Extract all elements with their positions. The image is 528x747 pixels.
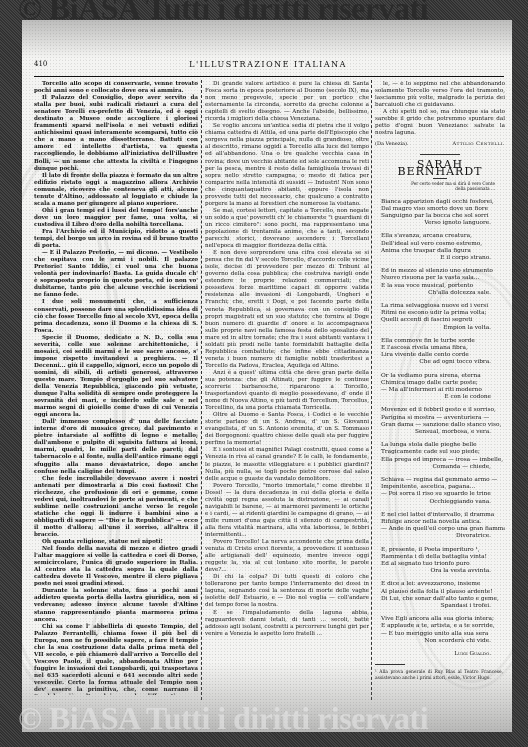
paragraph: Se voglio ancora un'antica sedia di piet…	[205, 123, 369, 208]
footnote-rule	[375, 664, 405, 665]
poem-line: Movenze ed il febbril gesto e il sorriso…	[375, 407, 505, 414]
poem-stanza: Ella commove fin le turbe sordeE l'ascos…	[375, 338, 505, 367]
paragraph: Che fede incrollabile dovevano avere i n…	[34, 476, 198, 539]
poem-title: SARAH BERNHARDT	[375, 161, 505, 175]
article-conclusion: le, — è lo seppimo nel che abbandonando …	[375, 81, 505, 137]
publication-title: L'ILLUSTRAZIONE ITALIANA	[34, 60, 502, 69]
paragraph: I due soli monumenti che, a sufficienza …	[34, 299, 198, 334]
poem-line: — Ande in quell'eil corpo una gran fiamm…	[375, 526, 505, 533]
poem-line: La lunga stola dalle pieghe belle	[375, 442, 505, 449]
paragraph: E se l'impaludamento della laguna abbia,…	[205, 610, 369, 638]
section-rule	[420, 154, 460, 155]
poem-line: Dal magro viso smorto dove un fiore	[375, 206, 505, 213]
poem-line: Ora la vesta avvinta.	[375, 568, 505, 575]
paragraph: Oh quanta religione, statue nei nipoti!	[34, 539, 198, 546]
poem-line: Ella s'avanza, arcana creatura,	[375, 233, 505, 240]
footnote: ¹ Alla prova generale di Ruy Blas al Tea…	[375, 667, 503, 681]
article-signature: (Da Venezia). Attilio Centelli.	[375, 141, 505, 148]
paragraph: Fra l'Archivio ed il Municipio, ridotto …	[34, 229, 198, 250]
column-1: Torcello allo scopo di conservarle, venn…	[34, 81, 198, 695]
poem-line: E con le codone	[375, 394, 505, 401]
poem-stanza: La lunga stola dalle pieghe belleTragica…	[375, 442, 505, 471]
poem-stanza: Ella s'avanza, arcana creatura,Dell'idea…	[375, 233, 505, 262]
paragraph: Di grande valore artistico è pure la chi…	[205, 81, 369, 123]
poem-line: — Ma all'infermeri ai riti moderno	[375, 387, 505, 394]
poem-line: Tragicamente cade sul suo piede;	[375, 449, 505, 456]
poem-line: Ella commove fin le turbe sorde	[375, 338, 505, 345]
poem-stanza: E nel ciel lattei d'intervallo, il dramm…	[375, 512, 505, 541]
paragraph: A chi spetti nol so, ma chiunque sia sta…	[375, 109, 505, 137]
poem-line: La rima selvaggiosa nuove ed i versi	[375, 303, 505, 310]
poem-body: Bianca apparizion dagli occhi fosforei,D…	[375, 199, 505, 646]
poem-line: Sensual, morbosa, e vera.	[375, 429, 505, 436]
paragraph: Torcello allo scopo di conservarle, venn…	[34, 81, 198, 95]
poem-author: Luigi Gualdo.	[375, 651, 491, 658]
article-author: Attilio Centelli.	[452, 141, 505, 148]
paragraph: E non deve sorprendere una cifra così el…	[205, 250, 369, 370]
column-divider	[201, 80, 202, 700]
column-divider	[371, 80, 372, 700]
scanned-page: 410 L'ILLUSTRAZIONE ITALIANA Torcello al…	[22, 20, 512, 732]
paragraph: le, — è lo seppimo nel che abbandonando …	[375, 81, 505, 109]
poem-stanza: La rima selvaggiosa nuove ed i versiRitm…	[375, 303, 505, 332]
poem-line: E dice a lei: avvezzarono, insieme	[375, 581, 505, 588]
poem-line: Quelli accenti di fascini segreti	[375, 317, 505, 324]
paragraph: Povero Torcello, "morto immortale," come…	[205, 483, 369, 539]
poem-line: Rammenta i dì della battaglia vinta!	[375, 554, 505, 561]
article-source: (Da Venezia).	[375, 141, 409, 148]
poem-line: Che ad ogni tocco vibra.	[375, 359, 505, 366]
paragraph: Specie il Duomo, dedicato a N. D., colla…	[34, 335, 198, 420]
paragraph: Anzi è a quest' ultima città che deve gr…	[205, 370, 369, 412]
paragraph: Durante la solenne stato, fino a pochi a…	[34, 588, 198, 623]
paragraph: Chi sa come l' abbellirla di questo Temp…	[34, 624, 198, 695]
page-header: 410 L'ILLUSTRAZIONE ITALIANA	[34, 60, 502, 74]
poem-line: Chimica imago dalle carte poste;	[375, 380, 505, 387]
poem-line: Ella prega ed impreca — irosa — imbelle,	[375, 457, 505, 464]
paragraph: Dall' immenso complesso d' una delle fac…	[34, 419, 198, 475]
poem-line: Gran dama — sanzione dallo stanco viso,	[375, 422, 505, 429]
poem-line: Nuovo risuona per la vasta sala...	[375, 275, 505, 282]
poem-stanza: Or la vediamo pura sirena, eternaChimica…	[375, 373, 505, 402]
poem-stanza: E, presente, il Poeta imperituro ¹,Ramme…	[375, 547, 505, 576]
poem-line: Al plauso della folla il plauso ardente!	[375, 589, 505, 596]
paragraph: Se mai, cortesi lettori, capitate a Torc…	[205, 208, 369, 250]
poem-line: Empion la volta.	[375, 325, 505, 332]
poem-stanza: Schiava — regina dal gemmato armo —Impen…	[375, 477, 505, 506]
poem-line: Spandasi i trofei.	[375, 603, 505, 610]
poem-line: Ed in mezzo al silenzio uno strumento	[375, 268, 505, 275]
poem-line: E l'ascosa rivela umana fibra,	[375, 345, 505, 352]
poem-line: E la sua voce musical, portento	[375, 283, 505, 290]
poem-line: Anima che traspar dalla figura	[375, 248, 505, 255]
paragraph: Di chi la colpa? Di tutti questi di colo…	[205, 574, 369, 609]
poem-line: Dell'ideal sul vero cosmo estremo,	[375, 241, 505, 248]
paragraph: — E il Palazzo Pretorio, — mi dicono. — …	[34, 250, 198, 299]
poem-line: Ritmi ne escono udir la prima volta;	[375, 310, 505, 317]
poem-line: Non scorderà chi vide.	[375, 638, 505, 645]
header-rule	[34, 76, 504, 77]
paragraph: Oltre al Duomo e Santa Fosca, i Codici e…	[205, 412, 369, 447]
paragraph: Nel fondo della navata di mezzo e dietro…	[34, 546, 198, 588]
poem-line: — E tuo meriggio unito alla sua sera	[375, 631, 505, 638]
poem-line: Ch'alla dolcezza sale.	[375, 290, 505, 297]
poem-line: Rifulge ancor nella novella antica.	[375, 519, 505, 526]
poem-epigraph: Per certo veder ma si dirà il vero Conte…	[405, 181, 495, 191]
poem-line: Sanguigno par la bocca che sol sorri	[375, 213, 505, 220]
poem-stanza: Bianca apparizion dagli occhi fosforei,D…	[375, 199, 505, 228]
poem-line: E applaude a te, artista, e a te sorride…	[375, 623, 505, 630]
paragraph: Il Palazzo del Consiglio, dopo aver serv…	[34, 95, 198, 173]
poem-line: Lira vivente dalle cento corde	[375, 352, 505, 359]
poem-stanza: Vive Egli ancora alla sua gloria intera;…	[375, 616, 505, 645]
paragraph: Il lato di fronte della piazza è formato…	[34, 173, 198, 208]
poem-line: Vive Egli ancora alla sua gloria intera;	[375, 616, 505, 623]
poem-line: Ed al segnato tuo trionfo puro	[375, 561, 505, 568]
poem-line: E, presente, il Poeta imperituro ¹,	[375, 547, 505, 554]
poem-line: Occhieggiando vana.	[375, 499, 505, 506]
poem-line: Impenitente, ascetica, pagana...	[375, 484, 505, 491]
poem-line: Comanda — chiede,	[375, 464, 505, 471]
poem-line: Divoratrice.	[375, 533, 505, 540]
paragraph: Ohi i gran tempi ed i lussi del tempo! f…	[34, 208, 198, 229]
poem-line: Schiava — regina dal gemmato armo —	[375, 477, 505, 484]
poem-stanza: Ed in mezzo al silenzio uno strumentoNuo…	[375, 268, 505, 297]
column-3: le, — è lo seppimo nel che abbandonando …	[375, 81, 505, 691]
poem-line: Di Lui, che sonar dall'alto tanto e geme…	[375, 596, 505, 603]
column-2: Di grande valore artistico è pure la chi…	[205, 81, 369, 693]
poem-line: Parigina si mostra — avventuriera —	[375, 415, 505, 422]
poem-line: Or la vediamo pura sirena, eterna	[375, 373, 505, 380]
paragraph: E i sontuosi et magnifici Palagi costrut…	[205, 447, 369, 482]
poem-stanza: Movenze ed il febbril gesto e il sorriso…	[375, 407, 505, 436]
poem-line: — Poi sorra il riso su sguardo le trine	[375, 491, 505, 498]
poem-line: E nel ciel lattei d'intervallo, il dramm…	[375, 512, 505, 519]
poem-line: Bianca apparizion dagli occhi fosforei,	[375, 199, 505, 206]
poem-line: Verso ignoto languore.	[375, 220, 505, 227]
poem-line: E il corpo strano.	[375, 255, 505, 262]
poem-stanza: E dice a lei: avvezzarono, insiemeAl pla…	[375, 581, 505, 610]
paragraph: Povero Torcello! La nerva accondente che…	[205, 539, 369, 574]
